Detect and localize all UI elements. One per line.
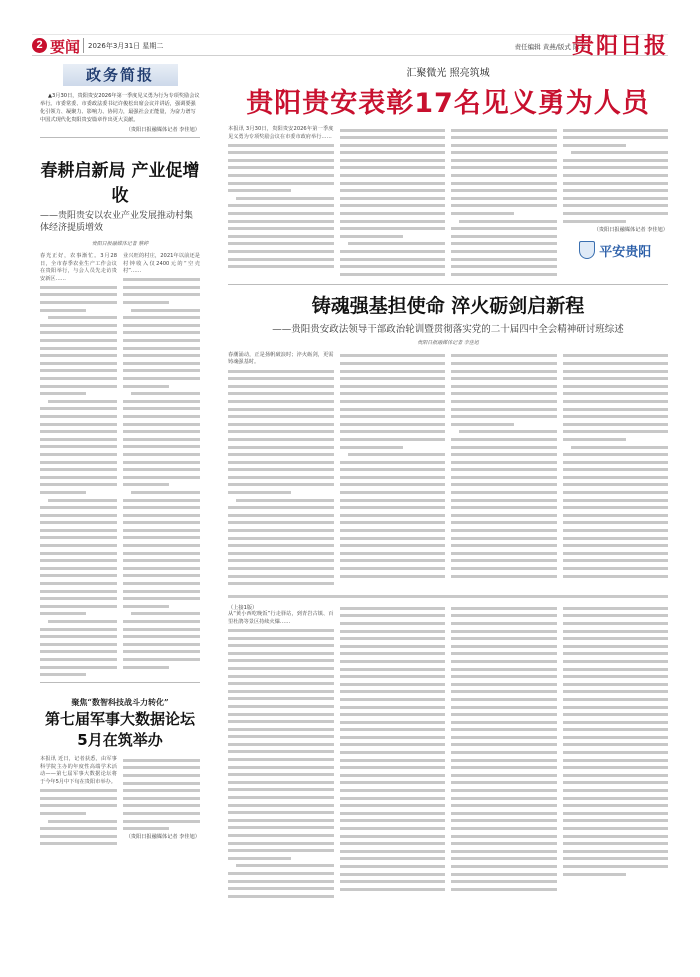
forum-article-signature: （贵阳日报融媒体记者 李佳旭） <box>123 833 200 840</box>
tourism-article-lead: 从“黄小西吃晚饭”行走驿站，到青岩古镇、百里杜鹃等景区持续火爆…… <box>228 611 334 626</box>
forum-article-title-line1: 第七届军事大数据论坛 <box>40 710 200 729</box>
brief-body: ▲3月30日，贵阳贵安2026年第一季度见义勇为行为专项奖励会议举行。市委常委、… <box>40 92 200 124</box>
divider <box>40 137 200 138</box>
hero-article-body: 本报讯 3月30日，贵阳贵安2026年第一季度见义勇为专项奖励会议在市委市政府举… <box>228 126 668 278</box>
farm-article-body: 春光正好，农事渐忙。3月28日，全市春季农业生产工作会议在贵阳举行，与会人员先走… <box>40 253 200 678</box>
training-article-lead: 春潮涌动，正是扬帆破浪时；淬火砺剑，更需铸魂强基时。 <box>228 352 334 367</box>
forum-article-kicker: 聚焦“数智科技战斗力转化” <box>40 697 200 708</box>
divider <box>228 284 668 285</box>
section-divider <box>228 595 668 598</box>
training-article-byline: 贵阳日报融媒体记者 李佳旭 <box>228 339 668 346</box>
safe-guiyang-logo-text: 平安贵阳 <box>599 241 651 260</box>
section-title: 要闻 <box>50 36 80 57</box>
hero-article-lead: 本报讯 3月30日，贵阳贵安2026年第一季度见义勇为专项奖励会议在市委市政府举… <box>228 126 334 141</box>
forum-article-title-line2: 5月在筑举办 <box>40 731 200 750</box>
page-header: 2 要闻 2026年3月31日 星期二 责任编辑 黄燕/版式 陈韦 贵阳日报 <box>32 34 668 56</box>
tourism-article-body: （上接1版） 从“黄小西吃晚饭”行走驿站，到青岩古镇、百里杜鹃等景区持续火爆…… <box>228 604 668 900</box>
farm-article-col2: 业兴旺的村庄，2021年以前还是村钟收入仅2400元的“空壳村”…… <box>123 253 200 276</box>
page-number-badge: 2 <box>32 38 47 53</box>
header-divider <box>83 38 84 53</box>
forum-article-body: 本报讯 近日，记者获悉，由军事科学院主办的年度性高端学术活动——第七届军事大数据… <box>40 756 200 847</box>
main-area: 汇聚微光 照亮筑城 贵阳贵安表彰17名见义勇为人员 本报讯 3月30日，贵阳贵安… <box>228 62 668 900</box>
divider <box>40 682 200 683</box>
farm-article-lead: 春光正好，农事渐忙。3月28日，全市春季农业生产工作会议在贵阳举行，与会人员先走… <box>40 253 117 283</box>
farm-article-subtitle: ——贵阳贵安以农业产业发展推动村集体经济提质增效 <box>40 210 200 234</box>
shield-icon <box>579 241 595 259</box>
safe-guiyang-logo: 平安贵阳 <box>563 241 669 260</box>
training-article-body: 春潮涌动，正是扬帆破浪时；淬火砺剑，更需铸魂强基时。 <box>228 352 668 587</box>
hero-article-kicker: 汇聚微光 照亮筑城 <box>228 64 668 79</box>
article-text-block <box>40 283 117 678</box>
brief-signature: （贵阳日报融媒体记者 李佳旭） <box>40 126 200 133</box>
training-article-subtitle: ——贵阳贵安政法领导干部政治轮训暨贯彻落实党的二十届四中全会精神研讨班综述 <box>228 321 668 335</box>
hero-article-signature: （贵阳日报融媒体记者 李佳旭） <box>563 226 669 233</box>
issue-date: 2026年3月31日 星期二 <box>88 41 163 51</box>
article-text-block <box>123 276 200 671</box>
forum-article-lead: 本报讯 近日，记者获悉，由军事科学院主办的年度性高端学术活动——第七届军事大数据… <box>40 756 117 786</box>
brief-section-title: 政务简报 <box>63 64 178 86</box>
farm-article-byline: 贵阳日报融媒体记者 蔡婷 <box>40 240 200 247</box>
training-article-title: 铸魂强基担使命 淬火砺剑启新程 <box>228 291 668 318</box>
farm-article-title: 春耕启新局 产业促增收 <box>40 156 200 206</box>
newspaper-logo: 贵阳日报 <box>572 29 668 60</box>
left-column: 政务简报 ▲3月30日，贵阳贵安2026年第一季度见义勇为行为专项奖励会议举行。… <box>40 62 200 847</box>
hero-article-title: 贵阳贵安表彰17名见义勇为人员 <box>228 81 668 120</box>
